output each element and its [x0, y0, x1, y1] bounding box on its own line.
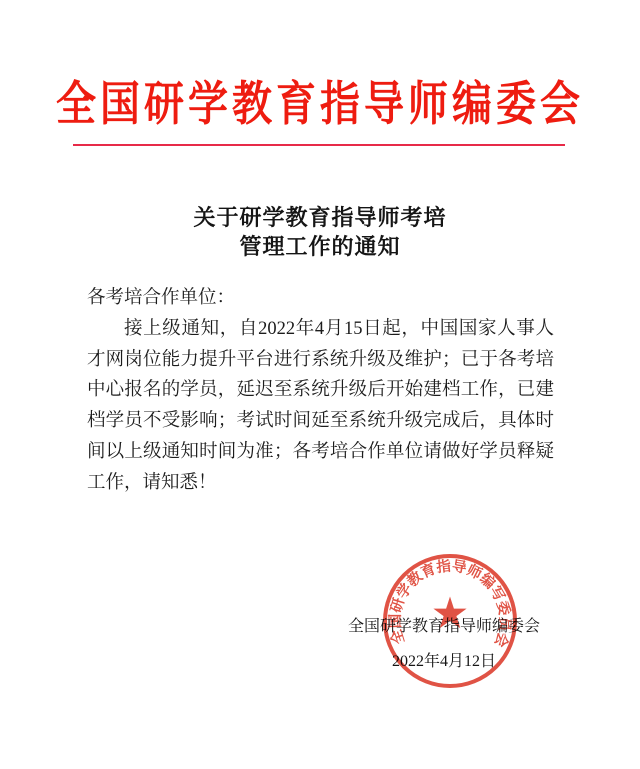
signature-date: 2022年4月12日 [348, 651, 540, 673]
salutation: 各考培合作单位： [87, 283, 554, 314]
signature-org-name: 全国研学教育指导师编委会 [348, 616, 540, 638]
notice-body: 各考培合作单位： 接上级通知，自2022年4月15日起，中国国家人事人才网岗位能… [87, 283, 554, 499]
signature-block: 全国研学教育指导师编委会 2022年4月12日 [348, 616, 540, 673]
notice-title: 关于研学教育指导师考培 管理工作的通知 [0, 203, 640, 261]
notice-page: 全国研学教育指导师编委会 关于研学教育指导师考培 管理工作的通知 各考培合作单位… [0, 0, 640, 769]
letterhead-divider [73, 144, 565, 146]
notice-title-line1: 关于研学教育指导师考培 [0, 203, 640, 232]
notice-title-line2: 管理工作的通知 [0, 232, 640, 261]
body-paragraph: 接上级通知，自2022年4月15日起，中国国家人事人才网岗位能力提升平台进行系统… [87, 314, 554, 499]
letterhead-org-name: 全国研学教育指导师编委会 [0, 67, 640, 134]
